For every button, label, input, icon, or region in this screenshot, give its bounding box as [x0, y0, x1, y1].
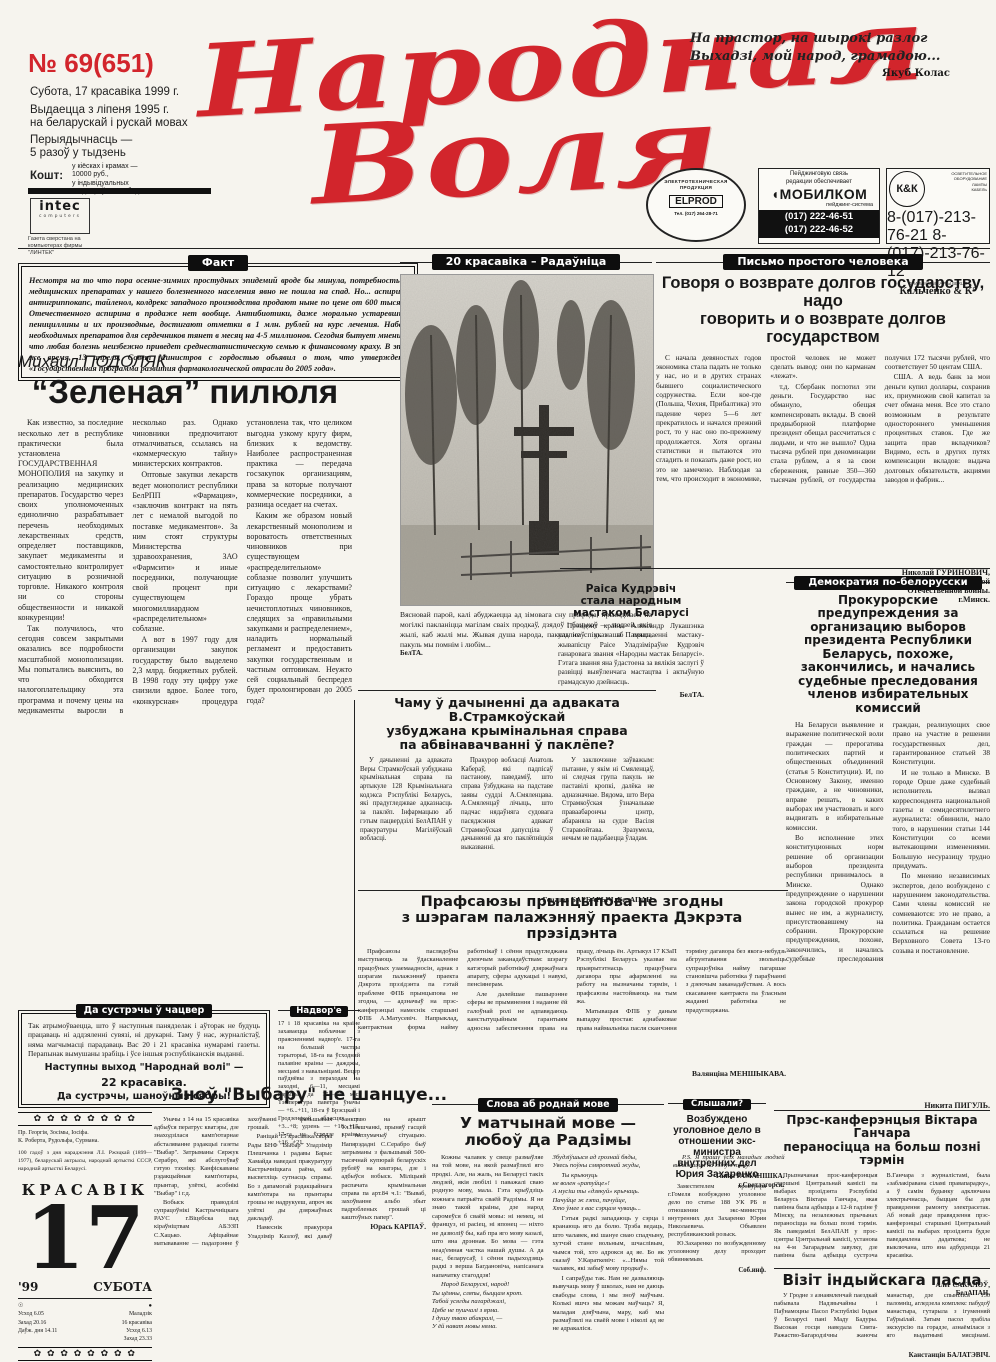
demokratiya-byline: Никита ПИГУЛЬ.: [786, 1101, 990, 1110]
ad-mobikom-top-text: Пейджинговую связь редакции обеспечивает: [759, 171, 879, 186]
article-zelenaya-body: Как известно, за последние несколько лет…: [18, 418, 352, 953]
article-zelenaya-author: Михаил ПОДОЛЯК: [18, 352, 352, 372]
article-stramkovskaya: Чаму ў дачыненні да адваката В.Страмкоўс…: [360, 696, 654, 904]
divider: [560, 568, 990, 569]
published-since-1: Выдаецца з ліпеня 1995 г.: [30, 104, 169, 117]
article-zelenaya-title: “Зеленая” пилюля: [18, 374, 352, 410]
calendar-block: ✿ ✿ ✿ ✿ ✿ ✿ ✿ ✿ Пр. Георгія, Зосімы, Іос…: [18, 1112, 152, 1361]
article-kudrevich: Раіса Кудрэвіч стала народным мастаком Б…: [558, 584, 704, 699]
paragraph: Уначы з 14 на 15 красавіка адбыўся перат…: [154, 1116, 239, 1198]
newspaper-page: № 69(651) Субота, 17 красавіка 1999 г. В…: [0, 0, 996, 1362]
price-label: Кошт:: [30, 170, 63, 183]
kk-services: ОСВЕТИТЕЛЬНОЕ ОБОРУДОВАНИЕ ЛАМПЫ КАБЕЛЬ: [928, 171, 987, 207]
divider: [774, 1268, 990, 1269]
stramkovskaya-body: У дачыненні да адваката Веры Страмкоўска…: [360, 757, 654, 892]
slyshali-label: Слышали?: [683, 1099, 751, 1110]
article-profsoyuzy: Прафсаюзы прынцыпова не згодны з шэрагам…: [358, 894, 786, 1078]
calendar-sun-moon: ☉Усход 6.05 Захад 20.16 Даўж. дня 14.11 …: [18, 1302, 152, 1343]
fact-label: Факт: [188, 255, 248, 271]
ad-mobikom: Пейджинговую связь редакции обеспечивает…: [758, 168, 880, 244]
calendar-ornament-bottom: ✿ ✿ ✿ ✿ ✿ ✿ ✿ ✿: [18, 1347, 152, 1361]
paragraph: У заключэнне заўважым: пытанне, у якім н…: [562, 757, 654, 844]
poem: Ты крыкнуць не волен «ратуйце»! А мусіш …: [553, 1172, 665, 1214]
calendar-rule: [18, 1298, 152, 1299]
header-divider: [18, 248, 990, 249]
vstrecha-text: Так атрымоўваецца, што ў наступныя паняд…: [28, 1021, 260, 1059]
paragraph: У Гродне з азнаямленчай паездкай пабывал…: [774, 1292, 996, 1348]
ad-elprod-top-text: ЭЛЕКТРОТЕХНИЧЕСКАЯ ПРОДУКЦИЯ: [648, 179, 744, 191]
periodicity-2: 5 разоў у тыдзень: [30, 147, 126, 160]
vybar-title: Зноў "Выбару" не шанцуе...: [154, 1086, 464, 1105]
published-since-2: на беларускай і рускай мовах: [30, 117, 188, 130]
fact-label-wrap: Факт: [18, 253, 418, 271]
paragraph: На Беларуси выявление и выражение полити…: [786, 720, 884, 832]
ad-kalchenko: К&К ОСВЕТИТЕЛЬНОЕ ОБОРУДОВАНИЕ ЛАМПЫ КАБ…: [886, 168, 990, 244]
calendar-weekday: СУБОТА: [93, 1280, 152, 1294]
paragraph: Пракурор вобласці Анатоль Кабераў, які п…: [461, 757, 553, 853]
intec-logo-subtext: computers: [31, 214, 89, 219]
ad-mobikom-subtitle: пейджинг-система: [759, 202, 879, 208]
visit-byline: Канстанцін БАЛАТЭВІЧ.: [774, 1351, 990, 1359]
pismo-label-wrap: Письмо простого человека: [656, 252, 990, 270]
demokratiya-label: Демократия по-белорусски: [794, 576, 981, 590]
profsoyuzy-body: Прафсаюзы паслядоўна выступаюць за ўдаск…: [358, 948, 786, 1066]
paragraph: Гэтыя радкі западаюць у сэрца і кранаюць…: [553, 1215, 665, 1274]
ganchar-title: Прэс-канферэнцыя Віктара Ганчара перанос…: [774, 1114, 990, 1168]
article-visit: Візіт індыйскага пасла У Гродне з азнаям…: [774, 1272, 990, 1359]
profsoyuzy-title: Прафсаюзы прынцыпова не згодны з шэрагам…: [358, 894, 786, 943]
vybar-byline: Юрась КАРПАЎ.: [341, 1223, 426, 1232]
article-zelenaya: Михаил ПОДОЛЯК “Зеленая” пилюля Как изве…: [18, 352, 352, 953]
paragraph: Заместителем прокурора г.Гомеля возбужде…: [668, 1183, 766, 1239]
pager-icon: ◖: [771, 186, 780, 202]
paragraph: Каким же образом новый лекарственный мон…: [247, 511, 352, 705]
paragraph: Оптовые закупки лекарств ведет монополис…: [132, 470, 237, 634]
paragraph: Прэзідэнт краіны Аляксандр Лукашэнка пад…: [558, 622, 704, 687]
paragraph: Как известно, за последние несколько лет…: [18, 418, 123, 623]
article-slyshali: Слышали? Возбуждено уголовное дело в отн…: [668, 1093, 766, 1274]
paragraph: США. А ведь банк за мои деньги купил дол…: [885, 372, 990, 484]
stramkovskaya-title: Чаму ў дачыненні да адваката В.Страмкоўс…: [360, 696, 654, 752]
moon-icon: ●: [148, 1303, 152, 1309]
pismo-body: С начала девяностых годов экономика стал…: [656, 353, 990, 565]
ad-mobikom-phones: (017) 222-46-51 (017) 222-46-52: [759, 210, 879, 238]
ad-elprod-name: ELPROD: [669, 195, 723, 208]
date-line: Субота, 17 красавіка 1999 г.: [30, 86, 179, 99]
pismo-title: Говоря о возврате долгов государству, на…: [656, 274, 990, 347]
periodicity-1: Перыядычнасць —: [30, 134, 132, 147]
calendar-orthodox-days: Пр. Георгія, Зосімы, Іосіфа.: [18, 1129, 152, 1137]
calendar-year: '99: [18, 1280, 38, 1294]
paragraph: Кожны чалавек у свеце размаўляе на той м…: [432, 1154, 544, 1281]
article-demokratiya: Демократия по-белорусски Прокурорские пр…: [786, 572, 990, 1110]
slyshali-label-wrap: Слышали?: [668, 1093, 766, 1111]
ganchar-body: Прызначаная прэс-канферэнцыя старшыні Цэ…: [774, 1172, 990, 1280]
sun-icon: ☉: [18, 1303, 23, 1309]
kk-logo-icon: К&К: [889, 171, 925, 207]
calendar-catholic-days: К. Роберта, Рудольфа, Сурмана.: [18, 1137, 152, 1145]
epigraph: На прастор, на шырокі разлог Выхадзі, мо…: [690, 30, 990, 79]
slova-label-wrap: Слова аб роднай мове: [432, 1094, 664, 1112]
kudrevich-body: Прэзідэнт краіны Аляксандр Лукашэнка пад…: [558, 622, 704, 687]
vybar-body: Уначы з 14 на 15 красавіка адбыўся перат…: [154, 1116, 426, 1354]
demokratiya-title: Прокурорские предупреждения за организац…: [786, 594, 990, 715]
weather-label-wrap: Надвор'е: [278, 1000, 360, 1018]
paragraph: Прызначаная прэс-канферэнцыя старшыні Цэ…: [774, 1172, 990, 1261]
slova-label: Слова аб роднай мове: [478, 1098, 617, 1112]
paragraph: У дачыненні да адваката Веры Страмкоўска…: [360, 757, 452, 844]
divider: [358, 890, 788, 891]
calendar-ornament-top: ✿ ✿ ✿ ✿ ✿ ✿ ✿ ✿: [18, 1112, 152, 1126]
weather-label: Надвор'е: [290, 1006, 347, 1017]
divider: [358, 690, 656, 691]
ad-mobikom-name: ◖МОБИЛКОМ: [759, 186, 879, 202]
slova-title: У матчынай мове — любоў да Радзімы: [432, 1115, 664, 1150]
kudrevich-title: Раіса Кудрэвіч стала народным мастаком Б…: [558, 584, 704, 619]
intec-logo: intec computers: [30, 198, 90, 234]
vstrecha-label-wrap: Да сустрэчы ў чацвер: [18, 1000, 270, 1018]
paragraph: Ю.Захаренко по возбужденному уголовному …: [668, 1240, 766, 1264]
paragraph: И не только в Минске. В городе Орше даже…: [893, 768, 991, 871]
article-slova: Слова аб роднай мове У матчынай мове — л…: [432, 1094, 664, 1346]
epigraph-text: На прастор, на шырокі разлог Выхадзі, мо…: [690, 30, 990, 65]
article-ganchar: Прэс-канферэнцыя Віктара Ганчара перанос…: [774, 1114, 990, 1297]
intec-logo-text: intec: [31, 199, 89, 214]
visit-title: Візіт індыйскага пасла: [774, 1272, 990, 1289]
photo-label-wrap: 20 красавіка – Радаўніца: [400, 252, 652, 270]
demokratiya-label-wrap: Демократия по-белорусски: [786, 572, 990, 590]
vstrecha-bold1: Наступны выход "Народнай волі" —: [28, 1063, 260, 1074]
calendar-day: 17: [18, 1199, 152, 1278]
slyshali-title: Возбуждено уголовное дело в отношении эк…: [668, 1114, 766, 1180]
visit-body: У Гродне з азнаямленчай паездкай пабывал…: [774, 1292, 990, 1348]
vstrecha-label: Да сустрэчы ў чацвер: [76, 1004, 213, 1018]
issue-number: № 69(651): [28, 48, 154, 79]
profsoyuzy-byline: Валянціна МЕНШЫКАВА.: [358, 1069, 786, 1078]
pismo-label: Письмо простого человека: [723, 254, 922, 270]
ad-elprod: ЭЛЕКТРОТЕХНИЧЕСКАЯ ПРОДУКЦИЯ ELPROD Тел.…: [646, 168, 746, 242]
epigraph-author: Якуб Колас: [690, 68, 990, 79]
paragraph: По мнению независимых экспертов, дело во…: [893, 871, 991, 955]
moon-info: ●Маладзік 16 красавіка Усход 6.13 Захад …: [122, 1302, 152, 1343]
divider: [774, 1110, 990, 1111]
sun-info: ☉Усход 6.05 Захад 20.16 Даўж. дня 14.11: [18, 1302, 57, 1343]
demokratiya-body: На Беларуси выявление и выражение полити…: [786, 720, 990, 1098]
cemetery-photo: [400, 274, 654, 606]
slova-body: Кожны чалавек у свеце размаўляе на той м…: [432, 1154, 664, 1346]
photo-label: 20 красавіка – Радаўніца: [432, 254, 621, 270]
calendar-anniversary: 100 гадоў з дня нараджэння Л.І. Ржэцкай …: [18, 1150, 152, 1173]
article-pismo: Письмо простого человека Говоря о возвра…: [656, 252, 990, 604]
slyshali-body: Заместителем прокурора г.Гомеля возбужде…: [668, 1183, 766, 1264]
paragraph: Раніцай 15 красавіка сябры Рады БНФ "Выб…: [248, 1133, 333, 1223]
ad-elprod-phone: Тел. (017) 264-28-71: [648, 211, 744, 216]
slyshali-byline: Соб.инф.: [668, 1267, 766, 1274]
paragraph: І сапраўды так. Нам не дазваляюць вывуча…: [553, 1275, 665, 1334]
